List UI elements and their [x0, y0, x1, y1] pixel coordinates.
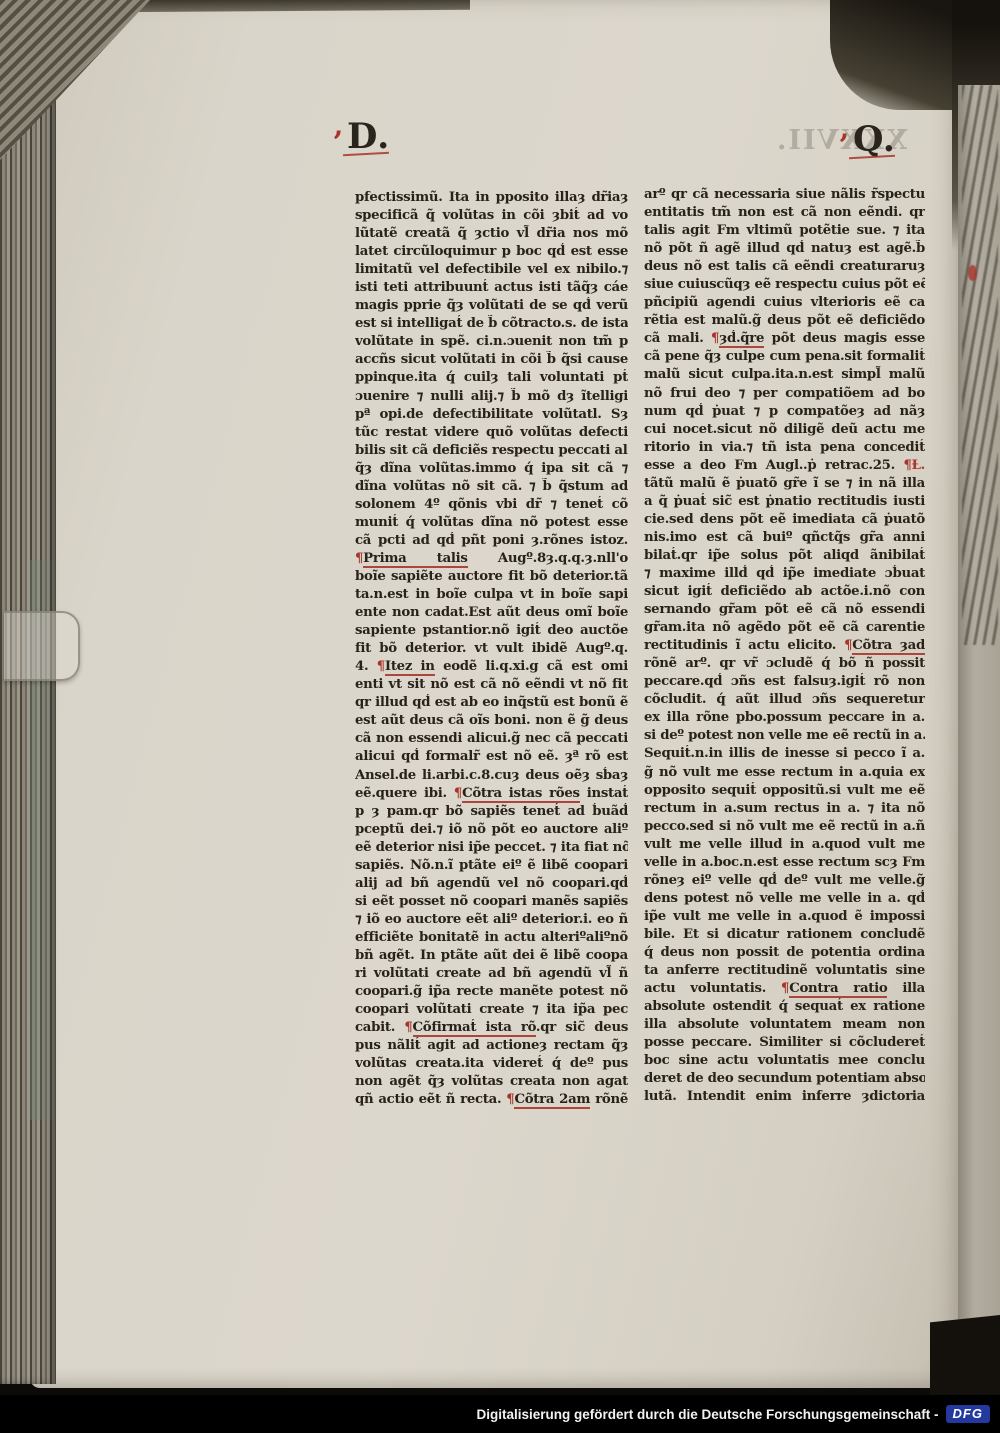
- text-line: Sequit́.n.in illis de inesse si pecco ĩ …: [644, 745, 925, 763]
- text-line: ip̃e vult me velle in a.quod ẽ impossi: [644, 908, 925, 926]
- text-line: pñcipiũ agendi cuius vlterioris eẽ ca: [644, 294, 925, 312]
- running-head-left: ʼD.: [347, 116, 390, 157]
- text-line: ⁊ iõ eo auctore eẽt aliº deterior.i. eo …: [355, 911, 628, 929]
- text-line: si eẽt posset nõ coopari manẽs sapiẽs: [355, 893, 628, 911]
- text-line: rectitudinis ĩ actu elicito. ¶Cõtra ȝad: [644, 637, 925, 655]
- text-line: isti teti attribuunt́ actus isti tãq̃ȝ c…: [355, 279, 628, 297]
- adjacent-page-text-blur: [962, 85, 998, 645]
- text-line: ritorio in via.⁊ tñ ista pena concedit́: [644, 439, 925, 457]
- text-line: cã non essendi alicui.g̃ nec cã peccati: [355, 730, 628, 748]
- rubric-mark-left: ʼ: [332, 126, 343, 161]
- rubric-mark-right: ʼ: [838, 129, 849, 164]
- text-line: bilis sit cã deficiẽs respectu peccati a…: [355, 442, 628, 460]
- text-line: specificã q̃ volũtas in cõi ȝbit́ ad vo: [355, 207, 628, 225]
- text-line: coopari.g̃ ip̃a recte manẽte potest nõ: [355, 983, 628, 1001]
- text-line: gr̃am.ita nõ agẽdo põt eẽ cã carentie: [644, 619, 925, 637]
- text-line: sernando gr̃am põt eẽ cã nõ essendi: [644, 601, 925, 619]
- text-line: est aũt deus cã oĩs boni. non ẽ g̃ deus: [355, 712, 628, 730]
- text-line: eẽ.quere ibi. ¶Cõtra istas rões instat́: [355, 785, 628, 803]
- digitization-banner: Digitalisierung gefördert durch die Deut…: [0, 1395, 1000, 1433]
- text-line: munit́ q́ volũtas dĩna nõ potest esse: [355, 514, 628, 532]
- text-line: opposito sequit́ oppositũ.si vult me eẽ: [644, 782, 925, 800]
- text-column-right: arº qr cã necessaria siue nãlis r̃spectu…: [644, 186, 925, 1106]
- text-line: ⁊ maxime illd́ qd́ ip̃e imediate ɔb́uat: [644, 565, 925, 583]
- banner-text: Digitalisierung gefördert durch die Deut…: [476, 1407, 938, 1422]
- text-line: ppinque.ita q́ cuilȝ tali voluntati pt́: [355, 369, 628, 387]
- text-line: efficiẽte bonitatẽ in actu alteriºaliºnõ: [355, 929, 628, 947]
- text-line: dĩna volũtas nõ sit cã. ⁊ b̃ q̃stum ad: [355, 478, 628, 496]
- text-line: a q̃ ṗuat́ sic̃ est ṗnatio rectitudis iu…: [644, 493, 925, 511]
- text-line: volũtas creata.ita videret́ q́ deº pus: [355, 1055, 628, 1073]
- text-line: cã mali. ¶ȝd́.q̃re põt deus magis esse: [644, 330, 925, 348]
- text-line: sicut igit́ deficiẽdo ab actõe.i.nõ con: [644, 583, 925, 601]
- text-line: arº qr cã necessaria siue nãlis r̃spectu: [644, 186, 925, 204]
- text-line: Ansel.de li.arbi.c.8.cuȝ deus oẽȝ sb́aȝ: [355, 767, 628, 785]
- text-line: bilat́.qr ip̃e solus põt aliqd ãnibilat́: [644, 547, 925, 565]
- text-line: cabit. ¶Cõfirmat́ ista rõ.qr sic̃ deus: [355, 1019, 628, 1037]
- text-line: pus nãlit́ agit ad actioneȝ rectam q̃ȝ: [355, 1037, 628, 1055]
- text-line: deus nõ est talis cã eẽndi creaturaruȝ: [644, 258, 925, 276]
- text-line: rectum in a.sum rectus in a. ⁊ ita nõ: [644, 800, 925, 818]
- text-line: ta.n.est in boĩe culpa vt in boĩe sapi: [355, 586, 628, 604]
- text-line: velle in a.boc.n.est esse rectum scȝ Fm: [644, 854, 925, 872]
- dfg-logo: DFG: [946, 1405, 990, 1423]
- text-line: 4. ¶Itez in eodẽ li.q.xi.g cã est omi: [355, 658, 628, 676]
- text-line: entitatis tm̃ non est cã non eẽndi. qr: [644, 204, 925, 222]
- adjacent-page-sliver: [958, 85, 1000, 1365]
- text-line: malũ sicut culpa.ita.n.est simpl̃ malũ: [644, 366, 925, 384]
- text-line: si deº potest non velle me eẽ rectũ in a…: [644, 727, 925, 745]
- running-head-right: ʼQ.: [853, 119, 896, 160]
- text-line: cui nocet.sicut nõ diligẽ deũ actu me: [644, 421, 925, 439]
- text-line: latet circũloquimur p boc qd́ est esse: [355, 243, 628, 261]
- text-line: est si intelligat́ de b̃ cõtracto.s. de …: [355, 315, 628, 333]
- text-line: nõ frui deo ⁊ per compatiõem ad bo: [644, 385, 925, 403]
- text-line: siue cuiuscũqȝ eẽ respectu cuius põt eẽ: [644, 276, 925, 294]
- text-line: nõ põt ñ agẽ illud qd́ natuȝ est agẽ.b̃: [644, 240, 925, 258]
- text-line: solonem 4º qõnis vbi dr̃ ⁊ tenet́ cõ: [355, 496, 628, 514]
- text-line: volũtate in spẽ. ci.n.ɔuenit non tm̃ p: [355, 333, 628, 351]
- text-line: boĩe sapiẽte auctore fit bõ deterior.tã: [355, 568, 628, 586]
- text-line: q́ deus non possit de potentia ordina: [644, 944, 925, 962]
- text-line: actu voluntatis. ¶Contra ratio illa: [644, 980, 925, 998]
- text-line: ɔuenire ⁊ nulli alij.⁊ b̃ mõ dȝ ĩtelligi: [355, 388, 628, 406]
- text-line: ¶Prima talis Augº.8ȝ.q.q.ȝ.nll'o: [355, 550, 628, 568]
- text-line: deret de deo secundum potentiam abso: [644, 1070, 925, 1088]
- text-line: fit bõ deterior. vt vult ibidẽ Augº.q.: [355, 640, 628, 658]
- text-line: q̃ȝ dĩna volũtas.immo q́ ipa sit cã ⁊: [355, 460, 628, 478]
- text-line: pfectissimũ. Ita in pposito illaȝ dr̃iaȝ: [355, 189, 628, 207]
- text-line: non agẽt q̃ȝ volũtas creata non agat: [355, 1073, 628, 1091]
- text-line: illa absolute voluntatem meam non: [644, 1016, 925, 1034]
- text-line: qr illud qd́ est ab eo inq̃stũ est bonũ …: [355, 694, 628, 712]
- text-line: cie.sed dens põt eẽ imediata cã ṗuatõ: [644, 511, 925, 529]
- text-line: rõnẽ arº. qr vr̃ ɔcludẽ q́ bõ ñ possit: [644, 655, 925, 673]
- text-line: ente non cadat.Est aũt deus omĩ boĩe: [355, 604, 628, 622]
- text-line: alij ad bñ agendũ vel nõ coopari.qd́: [355, 875, 628, 893]
- text-line: eẽ deterior nisi ip̃e peccet. ⁊ ita fiat…: [355, 839, 628, 857]
- text-line: coopari volũtati create ⁊ ita ip̃a pec: [355, 1001, 628, 1019]
- text-line: ri volũtati create ad bñ agendũ vl̃ ñ: [355, 965, 628, 983]
- text-line: cõcludit. q́ aũt illud ɔñs sequeretur: [644, 691, 925, 709]
- text-line: boc sine actu voluntatis mee conclu: [644, 1052, 925, 1070]
- text-line: cã pcti ad qd́ pñt poni ȝ.rõnes istoz.: [355, 532, 628, 550]
- text-line: posse peccare. Similiter si cõcluderet́: [644, 1034, 925, 1052]
- text-line: bile. Et si dicatur rationem concludẽ: [644, 926, 925, 944]
- text-line: bñ agẽt. In ptãte aũt dei ẽ libẽ coopa: [355, 947, 628, 965]
- text-line: alicui qd́ formalr̃ est nõ eẽ. ȝª rõ est: [355, 748, 628, 766]
- bottom-right-background: [930, 1315, 1000, 1402]
- text-line: p ȝ pam.qr bõ sapiẽs tenet́ ad b́uãd́: [355, 803, 628, 821]
- text-line: esse a deo Fm Augl..ṗ retrac.25. ¶Ƚ.: [644, 457, 925, 475]
- text-line: magis pprie q̃ȝ volũtati de se qd́ verũ: [355, 297, 628, 315]
- text-line: pecco.sed si nõ vult me eẽ rectũ in a.ñ: [644, 818, 925, 836]
- adjacent-page-rubric-dot: [968, 265, 977, 281]
- text-line: sapiẽs. Nõ.n.ĩ ptãte eiº ẽ libẽ coopari: [355, 857, 628, 875]
- scanned-book-photo: XXXVII. ʼD. ʼQ. pfectissimũ. Ita in ppos…: [0, 0, 1000, 1433]
- text-line: ex illa rõne pbo.possum peccare in a.: [644, 709, 925, 727]
- text-line: vult me velle illud in a.quod vult me: [644, 836, 925, 854]
- page-holder-clip: [4, 611, 80, 681]
- text-line: tũc restat videre quõ volũtas defecti: [355, 424, 628, 442]
- text-line: nis.imo est cã buiº qñctq̃s gr̃a anni: [644, 529, 925, 547]
- text-line: lũtatẽ creatã q̃ ȝctio vl̃ dr̃ia nos mõ: [355, 225, 628, 243]
- text-column-left: pfectissimũ. Ita in pposito illaȝ dr̃iaȝ…: [355, 189, 628, 1109]
- text-line: peccare.qd́ ɔñs est falsuȝ.igit́ rõ non: [644, 673, 925, 691]
- text-line: rẽtia est malũ.g̃ deus põt eẽ deficiẽdo: [644, 312, 925, 330]
- text-line: rõneȝ eiº velle qd́ deº vult me velle.g̃: [644, 872, 925, 890]
- text-line: qñ actio eẽt ñ recta. ¶Cõtra 2am rõnẽ: [355, 1091, 628, 1109]
- text-line: tãtũ malũ ẽ ṗuatõ gr̃e ĩ se ⁊ in nã illa: [644, 475, 925, 493]
- text-line: absolute ostendit q́ sequat́ ex ratione: [644, 998, 925, 1016]
- text-line: num qd́ ṗuat ⁊ p compatõeȝ ad nãȝ: [644, 403, 925, 421]
- text-line: sapiente pstantior.nõ igit́ deo auctõe: [355, 622, 628, 640]
- book-page: XXXVII. ʼD. ʼQ. pfectissimũ. Ita in ppos…: [30, 0, 960, 1388]
- text-line: enti vt sit nõ est cã nõ eẽndi vt nõ fit: [355, 676, 628, 694]
- text-line: cã pene q̃ȝ culpe cum pena.sit formalit́: [644, 348, 925, 366]
- text-line: g̃ nõ vult me esse rectum in a.quia ex: [644, 764, 925, 782]
- text-line: talis agit Fm vltimũ potẽtie sue. ⁊ ita: [644, 222, 925, 240]
- text-line: pª opi.de defectibilitate volũtatl. Sȝ: [355, 406, 628, 424]
- text-line: pceptũ dei.⁊ iõ nõ põt eo auctore aliº: [355, 821, 628, 839]
- text-line: dens potest nõ velle me velle in a. qd́: [644, 890, 925, 908]
- text-line: limitatũ vel defectibile vel ex nibilo.⁊: [355, 261, 628, 279]
- text-line: lutã. Intendit enim inferre ȝdictoria: [644, 1088, 925, 1106]
- text-line: ta anferre rectitudinẽ voluntatis sine: [644, 962, 925, 980]
- text-line: accñs sicut volũtati in cõi b̃ q̃si caus…: [355, 351, 628, 369]
